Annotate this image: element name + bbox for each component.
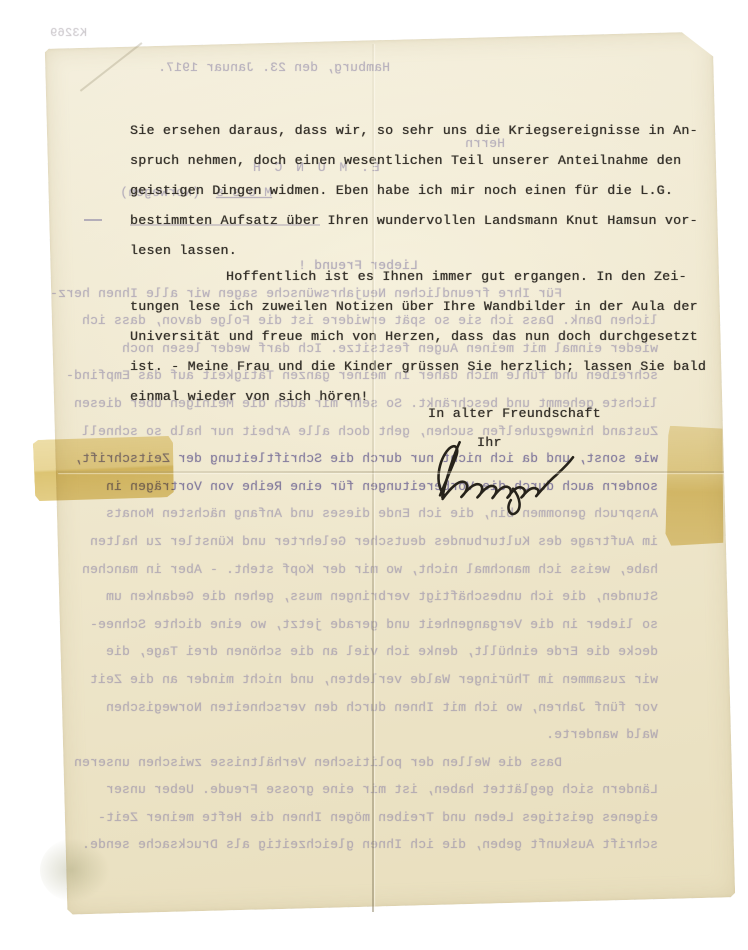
archive-number-mark: K3269 (50, 26, 87, 40)
tape-residue-left (33, 434, 176, 503)
horizontal-fold-crease (58, 471, 724, 473)
paper-stain (40, 838, 110, 902)
vertical-fold-crease (372, 44, 374, 912)
scanned-letter-page: { "document": { "type": "typewritten let… (0, 0, 748, 950)
tape-residue-right (665, 426, 724, 547)
